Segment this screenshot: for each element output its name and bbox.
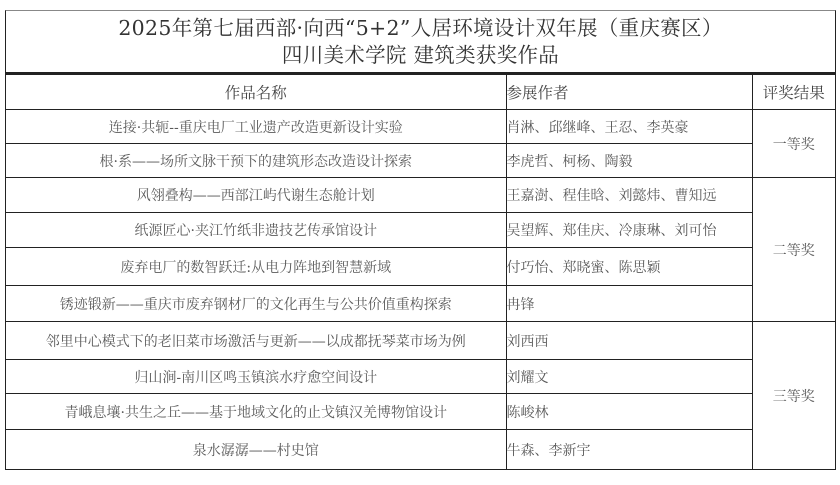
authors-cell: 肖淋、邱继峰、王忍、李英豪 xyxy=(506,110,752,144)
award-result-cell: 三等奖 xyxy=(752,322,835,470)
work-title-cell: 归山涧-南川区鸣玉镇滨水疗愈空间设计 xyxy=(6,360,506,394)
awards-table-body: 连接·共轭--重庆电厂工业遗产改造更新设计实验肖淋、邱继峰、王忍、李英豪一等奖根… xyxy=(6,110,835,470)
table-row: 泉水潺潺——村史馆牛森、李新宇 xyxy=(6,430,835,470)
table-row: 根·系——场所文脉干预下的建筑形态改造设计探索李虎哲、柯杨、陶毅 xyxy=(6,144,835,178)
work-title-cell: 根·系——场所文脉干预下的建筑形态改造设计探索 xyxy=(6,144,506,178)
award-result-cell: 二等奖 xyxy=(752,178,835,322)
table-row: 青峨息壤·共生之丘——基于地域文化的止戈镇汉羌博物馆设计陈峻林 xyxy=(6,394,835,430)
work-title-cell: 纸源匠心·夹江竹纸非遗技艺传承馆设计 xyxy=(6,213,506,248)
awards-sheet: 2025年第七届西部·向西“5+2”人居环境设计双年展（重庆赛区） 四川美术学院… xyxy=(5,10,836,470)
table-row: 邻里中心模式下的老旧菜市场激活与更新——以成都抚琴菜市场为例刘西西三等奖 xyxy=(6,322,835,360)
awards-table: 作品名称 参展作者 评奖结果 连接·共轭--重庆电厂工业遗产改造更新设计实验肖淋… xyxy=(6,74,835,470)
work-title-cell: 废弃电厂的数智跃迁:从电力阵地到智慧新域 xyxy=(6,248,506,286)
authors-cell: 牛森、李新宇 xyxy=(506,430,752,470)
header-work-title: 作品名称 xyxy=(6,75,506,110)
authors-cell: 李虎哲、柯杨、陶毅 xyxy=(506,144,752,178)
table-row: 连接·共轭--重庆电厂工业遗产改造更新设计实验肖淋、邱继峰、王忍、李英豪一等奖 xyxy=(6,110,835,144)
table-row: 纸源匠心·夹江竹纸非遗技艺传承馆设计吴望辉、郑佳庆、冷康琳、刘可怡 xyxy=(6,213,835,248)
award-result-cell: 一等奖 xyxy=(752,110,835,178)
title-line-2: 四川美术学院 建筑类获奖作品 xyxy=(282,42,559,69)
header-award-result: 评奖结果 xyxy=(752,75,835,110)
work-title-cell: 泉水潺潺——村史馆 xyxy=(6,430,506,470)
authors-cell: 刘西西 xyxy=(506,322,752,360)
table-row: 废弃电厂的数智跃迁:从电力阵地到智慧新域付巧怡、郑晓蜜、陈思颖 xyxy=(6,248,835,286)
authors-cell: 冉锋 xyxy=(506,286,752,322)
work-title-cell: 邻里中心模式下的老旧菜市场激活与更新——以成都抚琴菜市场为例 xyxy=(6,322,506,360)
authors-cell: 付巧怡、郑晓蜜、陈思颖 xyxy=(506,248,752,286)
authors-cell: 陈峻林 xyxy=(506,394,752,430)
work-title-cell: 风翎叠构——西部江屿代谢生态舱计划 xyxy=(6,178,506,213)
header-authors: 参展作者 xyxy=(506,75,752,110)
work-title-cell: 连接·共轭--重庆电厂工业遗产改造更新设计实验 xyxy=(6,110,506,144)
table-row: 归山涧-南川区鸣玉镇滨水疗愈空间设计刘耀文 xyxy=(6,360,835,394)
table-row: 锈迹锻新——重庆市废弃钢材厂的文化再生与公共价值重构探索冉锋 xyxy=(6,286,835,322)
title-line-1: 2025年第七届西部·向西“5+2”人居环境设计双年展（重庆赛区） xyxy=(118,15,722,42)
table-row: 风翎叠构——西部江屿代谢生态舱计划王嘉澍、程佳晗、刘懿炜、曹知远二等奖 xyxy=(6,178,835,213)
work-title-cell: 青峨息壤·共生之丘——基于地域文化的止戈镇汉羌博物馆设计 xyxy=(6,394,506,430)
authors-cell: 刘耀文 xyxy=(506,360,752,394)
authors-cell: 吴望辉、郑佳庆、冷康琳、刘可怡 xyxy=(506,213,752,248)
work-title-cell: 锈迹锻新——重庆市废弃钢材厂的文化再生与公共价值重构探索 xyxy=(6,286,506,322)
table-header-row: 作品名称 参展作者 评奖结果 xyxy=(6,75,835,110)
document-title: 2025年第七届西部·向西“5+2”人居环境设计双年展（重庆赛区） 四川美术学院… xyxy=(6,11,835,74)
authors-cell: 王嘉澍、程佳晗、刘懿炜、曹知远 xyxy=(506,178,752,213)
